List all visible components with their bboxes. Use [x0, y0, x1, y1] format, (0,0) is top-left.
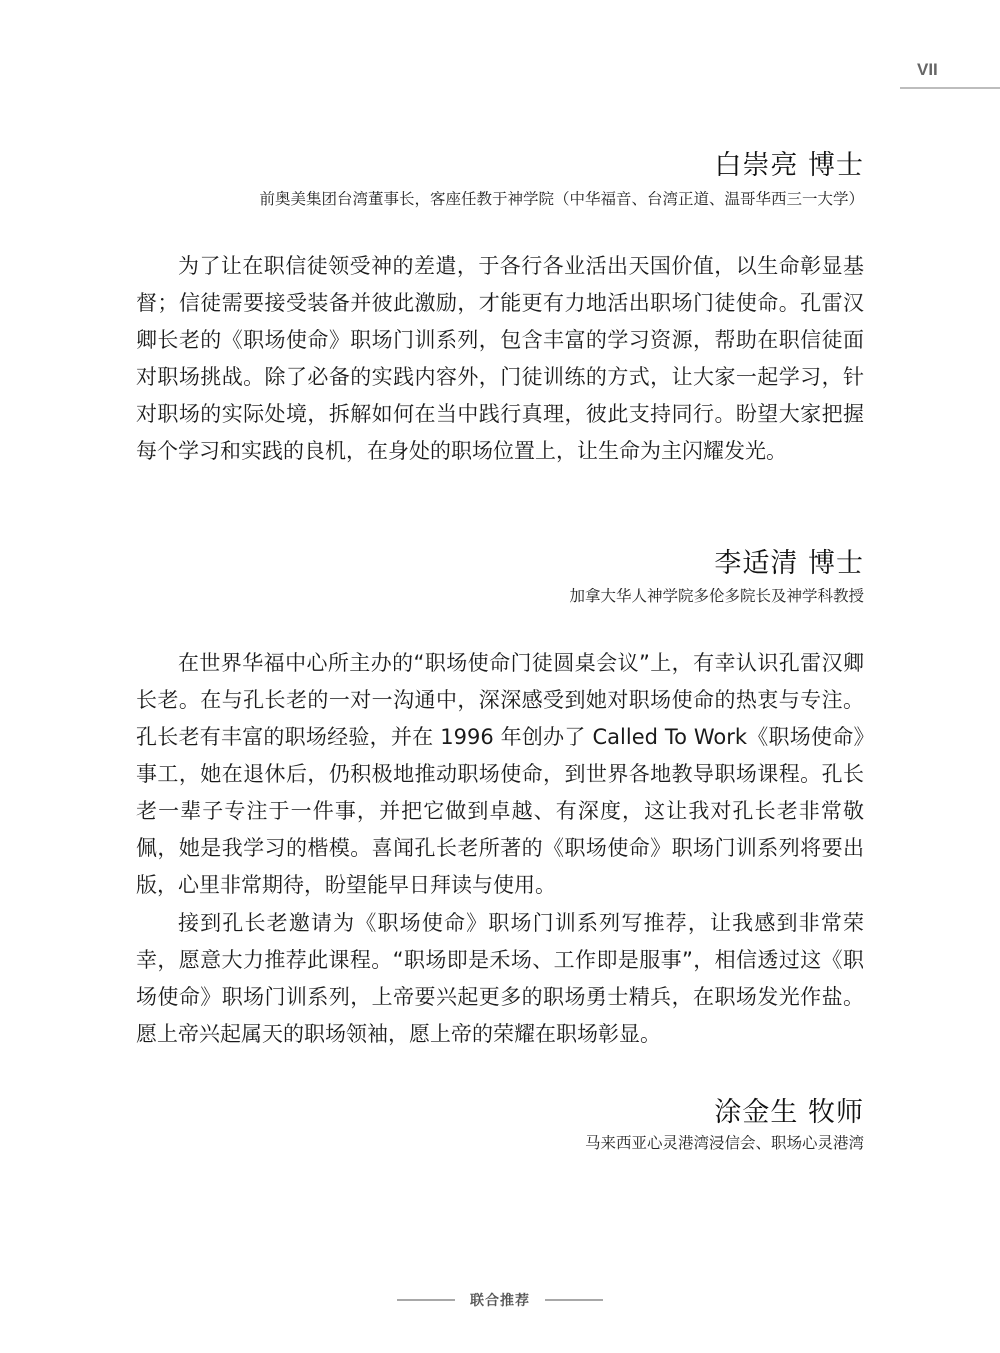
footer-section-label: 联合推荐 — [470, 1290, 530, 1310]
footer-rule-right — [545, 1299, 603, 1301]
page-number-rule — [900, 87, 1000, 89]
author-name-1: 白崇亮 博士 — [714, 143, 864, 182]
endorsement-paragraph-2: 在世界华福中心所主办的“职场使命门徒圆桌会议”上，有幸认识孔雷汉卿长老。在与孔长… — [136, 645, 864, 904]
author-title-1: 前奥美集团台湾董事长，客座任教于神学院（中华福音、台湾正道、温哥华西三一大学） — [259, 187, 864, 209]
endorsement-paragraph-1: 为了让在职信徒领受神的差遣，于各行各业活出天国价值，以生命彰显基督；信徒需要接受… — [136, 248, 864, 470]
author-title-3: 马来西亚心灵港湾浸信会、职场心灵港湾 — [585, 1131, 864, 1153]
author-name-2: 李适清 博士 — [714, 541, 864, 580]
author-name-3: 涂金生 牧师 — [714, 1090, 864, 1129]
footer-rule-left — [397, 1299, 455, 1301]
author-title-2: 加拿大华人神学院多伦多院长及神学科教授 — [569, 584, 864, 606]
endorsement-paragraph-3: 接到孔长老邀请为《职场使命》职场门训系列写推荐，让我感到非常荣幸，愿意大力推荐此… — [136, 905, 864, 1053]
page-footer: 联合推荐 — [0, 1290, 1000, 1310]
page-number: VII — [900, 60, 1000, 80]
